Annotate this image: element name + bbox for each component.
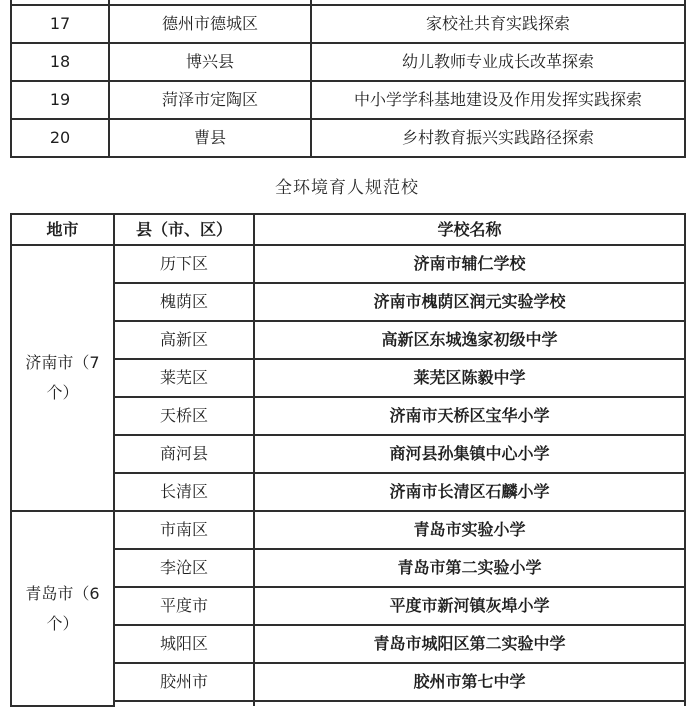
empty-cell — [254, 701, 685, 706]
school-cell: 莱芜区陈毅中学 — [254, 359, 685, 397]
region-cell: 曹县 — [109, 119, 311, 157]
header-city: 地市 — [11, 214, 114, 245]
schools-table: 地市 县（市、区） 学校名称 济南市（7 个） 历下区 济南市辅仁学校 槐荫区 … — [10, 213, 686, 707]
city-line: 个） — [12, 378, 113, 408]
school-cell: 高新区东城逸家初级中学 — [254, 321, 685, 359]
row-number: 17 — [11, 5, 109, 43]
school-cell: 平度市新河镇灰埠小学 — [254, 587, 685, 625]
school-cell: 济南市辅仁学校 — [254, 245, 685, 283]
school-cell: 青岛市实验小学 — [254, 511, 685, 549]
topic-cell: 家校社共育实践探索 — [311, 5, 685, 43]
school-cell: 青岛市第二实验小学 — [254, 549, 685, 587]
city-cell-jinan: 济南市（7 个） — [11, 245, 114, 511]
county-cell: 槐荫区 — [114, 283, 254, 321]
region-cell: 博兴县 — [109, 43, 311, 81]
county-cell: 胶州市 — [114, 663, 254, 701]
document-page: 17 德州市德城区 家校社共育实践探索 18 博兴县 幼儿教师专业成长改革探索 … — [10, 0, 684, 707]
row-number: 19 — [11, 81, 109, 119]
region-cell: 德州市德城区 — [109, 5, 311, 43]
county-cell: 李沧区 — [114, 549, 254, 587]
row-number: 18 — [11, 43, 109, 81]
county-cell: 高新区 — [114, 321, 254, 359]
region-cell: 菏泽市定陶区 — [109, 81, 311, 119]
table-row: 青岛市（6 个） 市南区 青岛市实验小学 — [11, 511, 685, 549]
table-row: 济南市（7 个） 历下区 济南市辅仁学校 — [11, 245, 685, 283]
table-row: 20 曹县 乡村教育振兴实践路径探索 — [11, 119, 685, 157]
row-number: 20 — [11, 119, 109, 157]
county-cell: 天桥区 — [114, 397, 254, 435]
empty-cell — [114, 701, 254, 706]
school-cell: 济南市槐荫区润元实验学校 — [254, 283, 685, 321]
city-line: 个） — [12, 609, 113, 639]
county-cell: 莱芜区 — [114, 359, 254, 397]
county-cell: 长清区 — [114, 473, 254, 511]
school-cell: 济南市长清区石麟小学 — [254, 473, 685, 511]
school-cell: 青岛市城阳区第二实验中学 — [254, 625, 685, 663]
header-school: 学校名称 — [254, 214, 685, 245]
county-cell: 城阳区 — [114, 625, 254, 663]
topics-table: 17 德州市德城区 家校社共育实践探索 18 博兴县 幼儿教师专业成长改革探索 … — [10, 0, 686, 158]
topic-cell: 乡村教育振兴实践路径探索 — [311, 119, 685, 157]
topic-cell: 幼儿教师专业成长改革探索 — [311, 43, 685, 81]
section-title: 全环境育人规范校 — [10, 158, 684, 213]
city-cell-qingdao: 青岛市（6 个） — [11, 511, 114, 706]
school-cell: 济南市天桥区宝华小学 — [254, 397, 685, 435]
county-cell: 市南区 — [114, 511, 254, 549]
table-row: 19 菏泽市定陶区 中小学学科基地建设及作用发挥实践探索 — [11, 81, 685, 119]
topic-cell: 中小学学科基地建设及作用发挥实践探索 — [311, 81, 685, 119]
school-cell: 胶州市第七中学 — [254, 663, 685, 701]
table-header-row: 地市 县（市、区） 学校名称 — [11, 214, 685, 245]
table-row: 18 博兴县 幼儿教师专业成长改革探索 — [11, 43, 685, 81]
county-cell: 平度市 — [114, 587, 254, 625]
county-cell: 商河县 — [114, 435, 254, 473]
city-line: 青岛市（6 — [12, 579, 113, 609]
county-cell: 历下区 — [114, 245, 254, 283]
city-line: 济南市（7 — [12, 348, 113, 378]
header-county: 县（市、区） — [114, 214, 254, 245]
school-cell: 商河县孙集镇中心小学 — [254, 435, 685, 473]
table-row: 17 德州市德城区 家校社共育实践探索 — [11, 5, 685, 43]
